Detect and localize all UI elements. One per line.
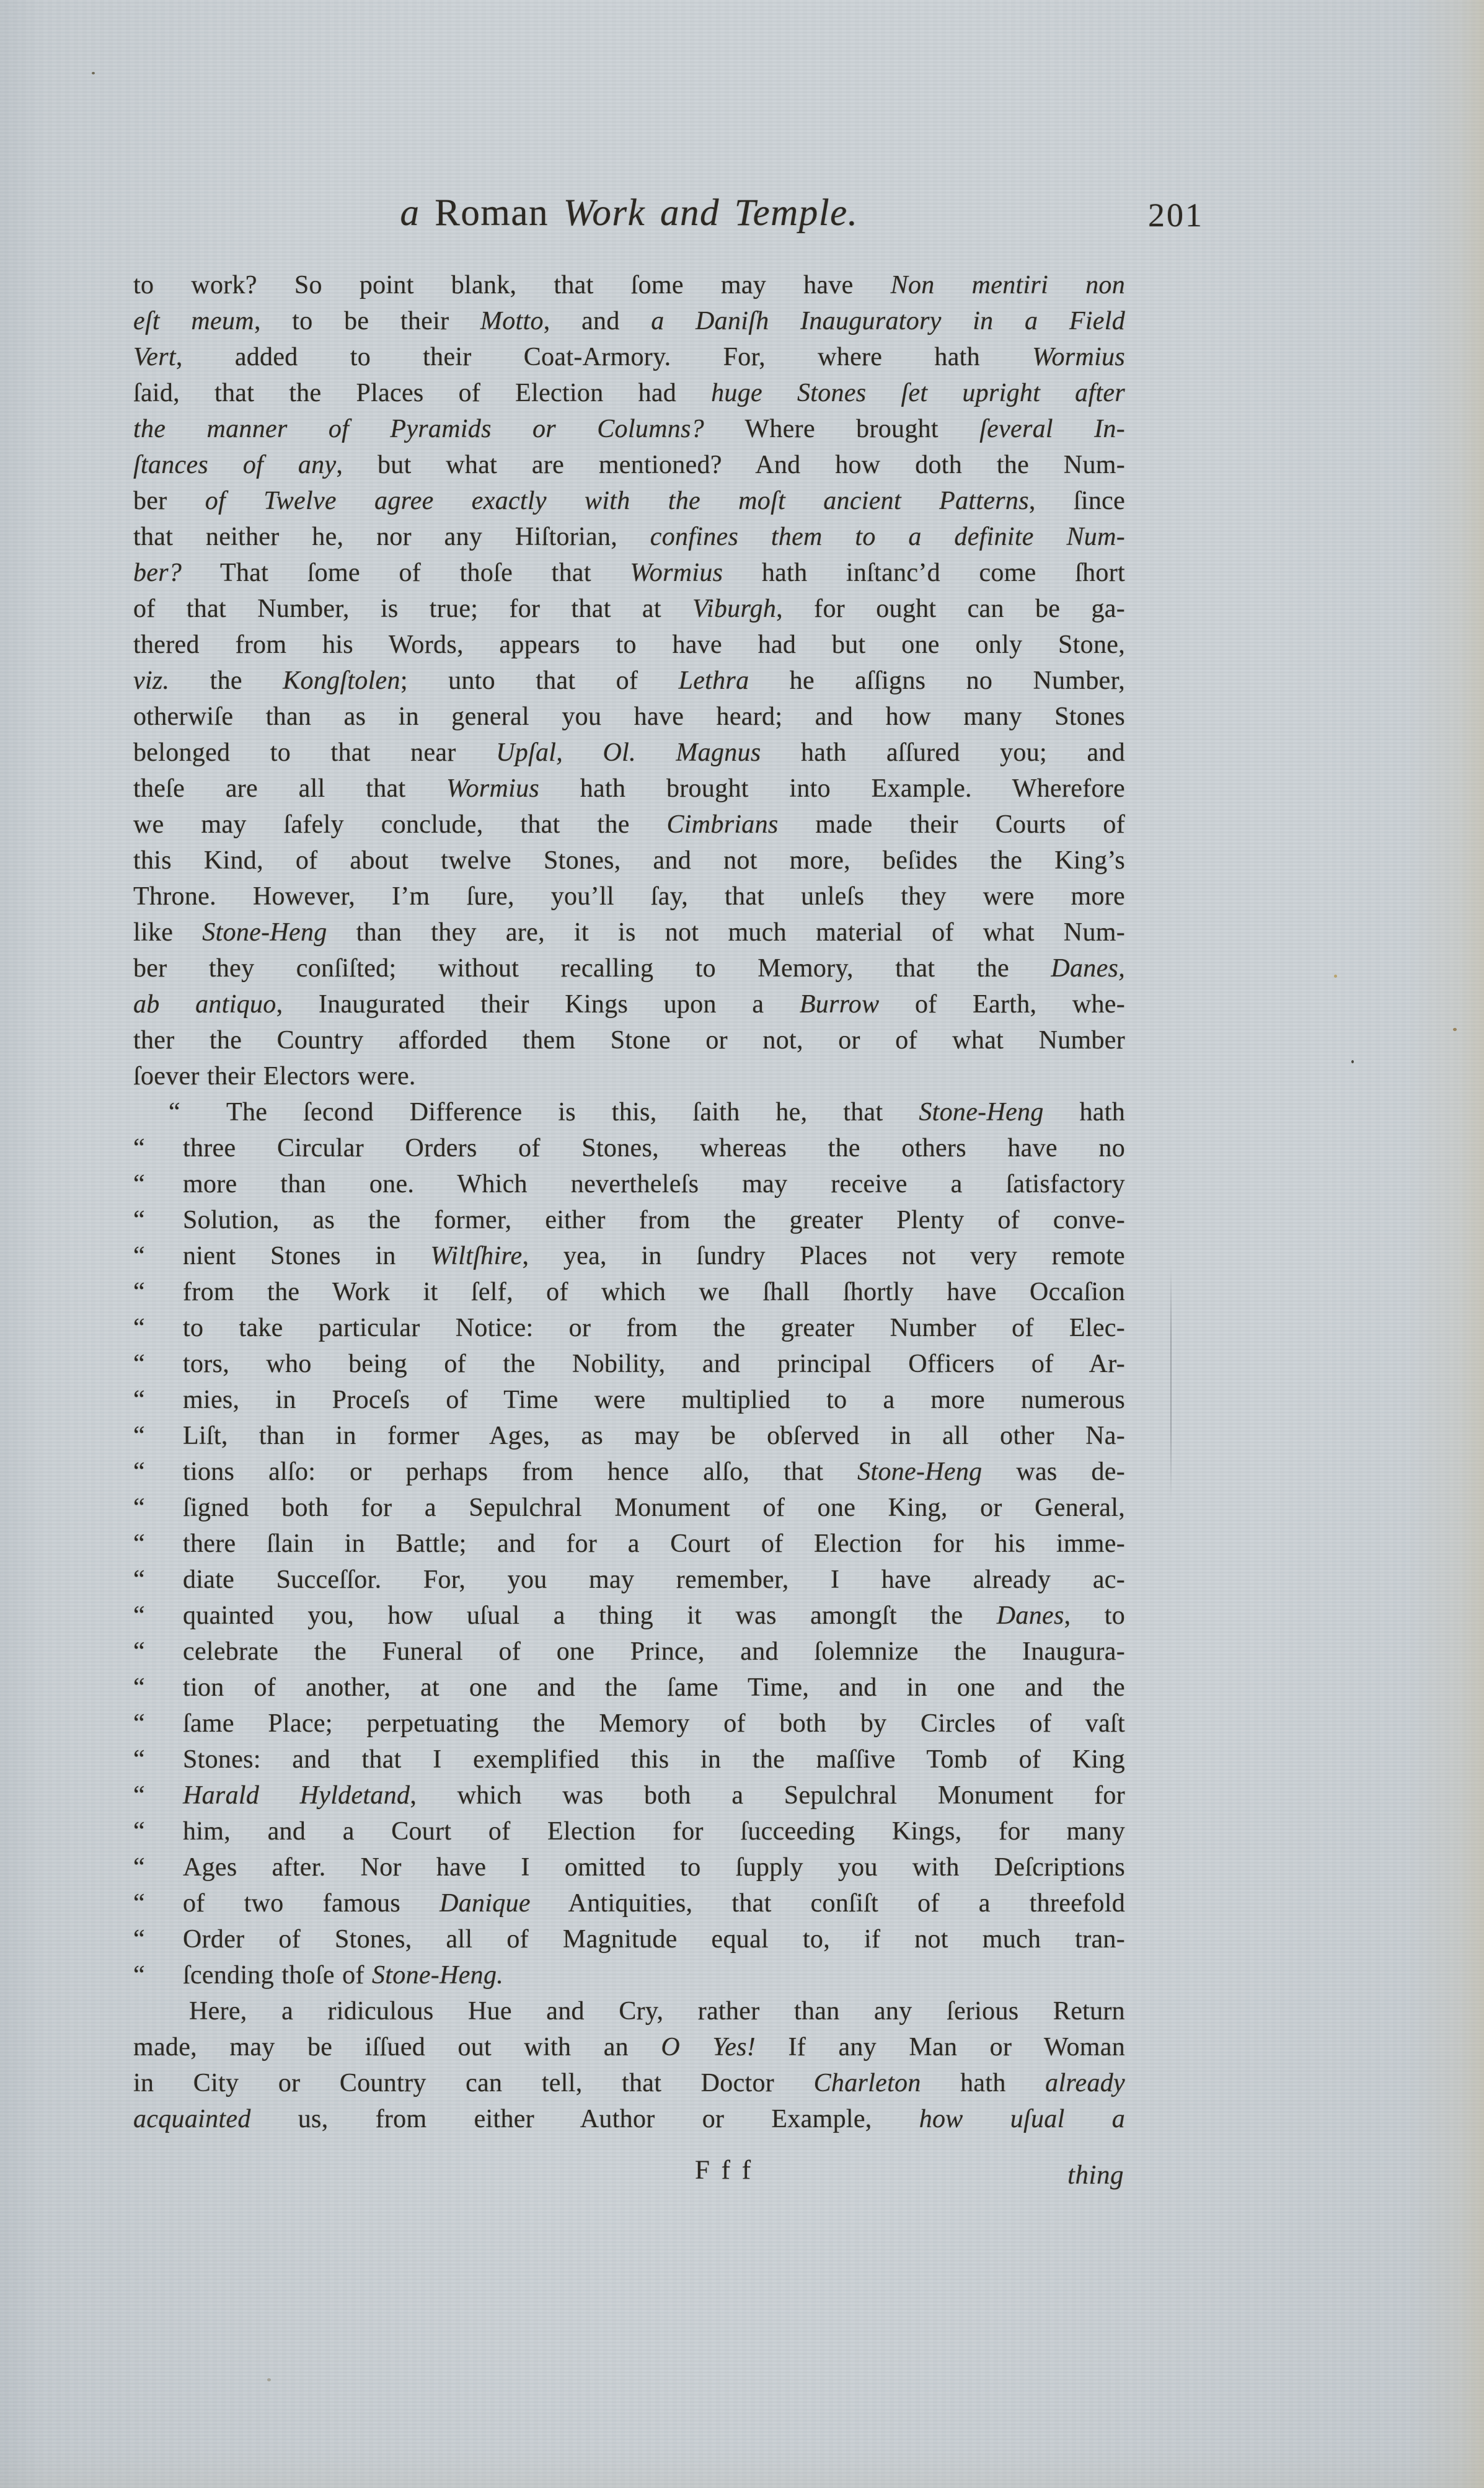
paper-speck xyxy=(1453,1028,1457,1031)
quote-mark: “ xyxy=(133,1562,145,1598)
text-line: Throne. However, I’m ſure, you’ll ſay, t… xyxy=(133,879,1125,914)
text-line: thered from his Words, appears to have h… xyxy=(133,627,1125,663)
text-line: “tions alſo: or perhaps from hence alſo,… xyxy=(133,1454,1125,1490)
paper-speck xyxy=(1334,975,1337,978)
running-title: a Roman Work and Temple. xyxy=(133,184,1125,243)
text-line: ber they conſiſted; without recalling to… xyxy=(133,950,1125,986)
roman-text: hath brought into Example. Wherefore xyxy=(539,774,1125,803)
italic-text: Stone-Heng. xyxy=(372,1961,503,1990)
italic-text: Danes xyxy=(997,1601,1064,1630)
quote-mark: “ xyxy=(133,1418,145,1454)
roman-text: tors, who being of the Nobility, and pri… xyxy=(183,1350,1125,1378)
italic-text: Vert xyxy=(133,343,176,371)
roman-text: diate Succeſſor. For, you may remember, … xyxy=(183,1565,1125,1594)
roman-text: thered from his Words, appears to have h… xyxy=(133,631,1125,659)
text-line: “ſame Place; perpetuating the Memory of … xyxy=(133,1706,1125,1742)
text-line: “quainted you, how uſual a thing it was … xyxy=(133,1598,1125,1634)
italic-text: Non mentiri non xyxy=(891,271,1125,299)
roman-text: Where brought xyxy=(704,415,979,443)
roman-text: theſe are all that xyxy=(133,774,446,803)
text-line: “Ages after. Nor have I omitted to ſuppl… xyxy=(133,1849,1125,1885)
roman-text: The ſecond Difference is this, ſaith he,… xyxy=(226,1098,919,1127)
roman-text: ; unto that of xyxy=(400,666,679,695)
roman-text: of that Number, is true; for that at xyxy=(133,595,692,623)
roman-text: more than one. Which nevertheleſs may re… xyxy=(183,1170,1125,1198)
italic-text: how uſual a xyxy=(919,2105,1125,2133)
roman-text: Antiquities, that conſiſt of a threefold xyxy=(531,1889,1125,1918)
italic-text: Danes, xyxy=(1051,954,1125,983)
italic-text: Work and Temple. xyxy=(563,192,859,234)
roman-text: , to xyxy=(1064,1601,1125,1630)
quote-mark: “ xyxy=(133,1166,145,1202)
paper-speck xyxy=(1351,1060,1354,1063)
roman-text: quainted you, how uſual a thing it was a… xyxy=(183,1601,997,1630)
text-line: “Order of Stones, all of Magnitude equal… xyxy=(133,1921,1125,1957)
quote-mark: “ xyxy=(133,1670,145,1706)
text-line: “tion of another, at one and the ſame Ti… xyxy=(133,1670,1125,1706)
roman-text: was de- xyxy=(982,1458,1125,1486)
roman-text: , and xyxy=(544,307,651,335)
roman-text: to take particular Notice: or from the g… xyxy=(183,1314,1125,1342)
text-line: “more than one. Which nevertheleſs may r… xyxy=(133,1166,1125,1202)
italic-text: Lethra xyxy=(679,666,749,695)
roman-text: , Inaugurated their Kings upon a xyxy=(276,990,800,1019)
italic-text: acquainted xyxy=(133,2105,251,2133)
italic-text: eſt meum xyxy=(133,307,254,335)
text-line: in City or Country can tell, that Doctor… xyxy=(133,2065,1125,2101)
italic-text: Upſal, Ol. Magnus xyxy=(496,738,761,767)
roman-text: Roman xyxy=(435,192,563,234)
quote-mark: “ xyxy=(169,1094,180,1130)
text-line: acquainted us, from either Author or Exa… xyxy=(133,2101,1125,2137)
roman-text: he aſſigns no Number, xyxy=(749,666,1125,695)
italic-text: Motto xyxy=(480,307,544,335)
roman-text: ſcending thoſe of xyxy=(183,1961,372,1990)
text-line: “three Circular Orders of Stones, wherea… xyxy=(133,1130,1125,1166)
italic-text: the manner of Pyramids or Columns? xyxy=(133,415,704,443)
text-line: “Solution, as the former, either from th… xyxy=(133,1202,1125,1238)
italic-text: ſeveral In- xyxy=(979,415,1125,443)
italic-text: a Daniſh Inauguratory in a Field xyxy=(651,307,1125,335)
roman-text: ſigned both for a Sepulchral Monument of… xyxy=(183,1494,1125,1522)
paper-speck xyxy=(92,72,95,74)
roman-text: Liſt, than in former Ages, as may be obſ… xyxy=(183,1422,1125,1450)
text-line: ber of Twelve agree exactly with the moſ… xyxy=(133,483,1125,519)
text-line: eſt meum, to be their Motto, and a Daniſ… xyxy=(133,303,1125,339)
roman-text: ber they conſiſted; without recalling to… xyxy=(133,954,1051,983)
roman-text: three Circular Orders of Stones, whereas… xyxy=(183,1134,1125,1162)
text-line: this Kind, of about twelve Stones, and n… xyxy=(133,843,1125,879)
roman-text: to work? So point blank, that ſome may h… xyxy=(133,271,891,299)
text-line: of that Number, is true; for that at Vib… xyxy=(133,591,1125,627)
italic-text: Kongſtolen xyxy=(283,666,400,695)
roman-text: That ſome of thoſe that xyxy=(182,559,630,587)
italic-text: ber? xyxy=(133,559,182,587)
quote-mark: “ xyxy=(133,1238,145,1274)
italic-text: Charleton xyxy=(814,2069,921,2097)
quote-mark: “ xyxy=(133,1274,145,1310)
text-line: “there ſlain in Battle; and for a Court … xyxy=(133,1526,1125,1562)
text-line: “ſigned both for a Sepulchral Monument o… xyxy=(133,1490,1125,1526)
text-line: otherwiſe than as in general you have he… xyxy=(133,699,1125,735)
roman-text: ſaid, that the Places of Election had xyxy=(133,379,711,407)
roman-text: Solution, as the former, either from the… xyxy=(183,1206,1125,1234)
roman-text: the xyxy=(169,666,283,695)
text-line: “to take particular Notice: or from the … xyxy=(133,1310,1125,1346)
quote-mark: “ xyxy=(133,1921,145,1957)
italic-text: Danique xyxy=(439,1889,531,1918)
text-line: “of two famous Danique Antiquities, that… xyxy=(133,1885,1125,1921)
roman-text: of Earth, whe- xyxy=(879,990,1125,1019)
roman-text: hath xyxy=(1044,1098,1125,1127)
italic-text: already xyxy=(1045,2069,1125,2097)
text-line: “diate Succeſſor. For, you may remember,… xyxy=(133,1562,1125,1598)
roman-text: , ſince xyxy=(1029,487,1125,515)
italic-text: confines them to a definite Num- xyxy=(650,523,1125,551)
text-line: we may ſafely conclude, that the Cimbria… xyxy=(133,807,1125,843)
text-line: Vert, added to their Coat-Armory. For, w… xyxy=(133,339,1125,375)
text-line: “Liſt, than in former Ages, as may be ob… xyxy=(133,1418,1125,1454)
quote-mark: “ xyxy=(133,1130,145,1166)
paper-scratch xyxy=(1170,1265,1172,1500)
italic-text: Viburgh xyxy=(692,595,776,623)
text-line: ber? That ſome of thoſe that Wormius hat… xyxy=(133,555,1125,591)
text-line: “nient Stones in Wiltſhire, yea, in ſund… xyxy=(133,1238,1125,1274)
text-line: “celebrate the Funeral of one Prince, an… xyxy=(133,1634,1125,1670)
italic-text: ſtances of any xyxy=(133,451,336,479)
text-line: Here, a ridiculous Hue and Cry, rather t… xyxy=(133,1993,1125,2029)
roman-text: made their Courts of xyxy=(779,810,1125,839)
italic-text: Cimbrians xyxy=(666,810,778,839)
quote-mark: “ xyxy=(133,1813,145,1849)
text-line: belonged to that near Upſal, Ol. Magnus … xyxy=(133,735,1125,771)
quote-mark: “ xyxy=(133,1202,145,1238)
text-line: like Stone-Heng than they are, it is not… xyxy=(133,914,1125,950)
quote-mark: “ xyxy=(133,1382,145,1418)
roman-text: tions alſo: or perhaps from hence alſo, … xyxy=(183,1458,857,1486)
text-line: viz. the Kongſtolen; unto that of Lethra… xyxy=(133,663,1125,699)
quote-mark: “ xyxy=(133,1454,145,1490)
roman-text: , for ought can be ga- xyxy=(776,595,1125,623)
footer-line: F f f thing xyxy=(133,2153,1125,2196)
italic-text: Harald Hyldetand xyxy=(183,1781,410,1810)
catchword: thing xyxy=(1067,2158,1124,2194)
italic-text: viz. xyxy=(133,666,169,695)
quote-mark: “ xyxy=(133,1346,145,1382)
text-line: “ſcending thoſe of Stone-Heng. xyxy=(133,1957,1125,1993)
quote-mark: “ xyxy=(133,1777,145,1813)
text-line: theſe are all that Wormius hath brought … xyxy=(133,771,1125,807)
roman-text: Stones: and that I exemplified this in t… xyxy=(183,1745,1125,1774)
text-line: made, may be iſſued out with an O Yes! I… xyxy=(133,2029,1125,2065)
text-line: ſoever their Electors were. xyxy=(133,1058,1125,1094)
italic-text: Burrow xyxy=(800,990,880,1019)
roman-text: otherwiſe than as in general you have he… xyxy=(133,702,1125,731)
italic-text: Wormius xyxy=(446,774,539,803)
roman-text: hath xyxy=(921,2069,1046,2097)
text-line: ther the Country afforded them Stone or … xyxy=(133,1022,1125,1058)
quote-mark: “ xyxy=(133,1598,145,1634)
roman-text: we may ſafely conclude, that the xyxy=(133,810,666,839)
roman-text: hath inſtanc’d come ſhort xyxy=(723,559,1125,587)
quote-mark: “ xyxy=(133,1742,145,1777)
italic-text: O Yes! xyxy=(661,2033,756,2061)
quote-mark: “ xyxy=(133,1849,145,1885)
text-line: the manner of Pyramids or Columns? Where… xyxy=(133,411,1125,447)
roman-text: Throne. However, I’m ſure, you’ll ſay, t… xyxy=(133,882,1125,911)
text-line: to work? So point blank, that ſome may h… xyxy=(133,267,1125,303)
roman-text: us, from either Author or Example, xyxy=(251,2105,919,2133)
italic-text: Wormius xyxy=(630,559,723,587)
text-block: to work? So point blank, that ſome may h… xyxy=(133,267,1125,2137)
roman-text: hath aſſured you; and xyxy=(761,738,1125,767)
roman-text: belonged to that near xyxy=(133,738,496,767)
quote-mark: “ xyxy=(133,1957,145,1993)
text-line: that neither he, nor any Hiſtorian, conf… xyxy=(133,519,1125,555)
text-line: ab antiquo, Inaugurated their Kings upon… xyxy=(133,986,1125,1022)
paper-speck xyxy=(267,2378,271,2381)
roman-text: , which was both a Sepulchral Monument f… xyxy=(410,1781,1125,1810)
roman-text: there ſlain in Battle; and for a Court o… xyxy=(183,1530,1125,1558)
quote-mark: “ xyxy=(133,1634,145,1670)
roman-text: tion of another, at one and the ſame Tim… xyxy=(183,1673,1125,1702)
italic-text: a xyxy=(400,192,435,234)
italic-text: Wormius xyxy=(1032,343,1125,371)
page-number: 201 xyxy=(1148,190,1247,241)
roman-text: ther the Country afforded them Stone or … xyxy=(133,1026,1125,1055)
roman-text: of two famous xyxy=(183,1889,439,1918)
roman-text: , yea, in ſundry Places not very remote xyxy=(522,1242,1125,1270)
signature-mark: F f f xyxy=(695,2153,753,2189)
italic-text: ab antiquo xyxy=(133,990,276,1019)
italic-text: Stone-Heng xyxy=(202,918,327,947)
roman-text: ber xyxy=(133,487,205,515)
text-line: “Stones: and that I exemplified this in … xyxy=(133,1742,1125,1777)
roman-text: mies, in Proceſs of Time were multiplied… xyxy=(183,1386,1125,1414)
quote-mark: “ xyxy=(133,1885,145,1921)
roman-text: ſoever their Electors were. xyxy=(133,1062,416,1091)
scanned-book-page: a Roman Work and Temple. 201 to work? So… xyxy=(0,0,1484,2488)
roman-text: nient Stones in xyxy=(183,1242,430,1270)
italic-text: Stone-Heng xyxy=(857,1458,982,1486)
quote-mark: “ xyxy=(133,1526,145,1562)
roman-text: ſame Place; perpetuating the Memory of b… xyxy=(183,1709,1125,1738)
roman-text: in City or Country can tell, that Doctor xyxy=(133,2069,814,2097)
text-line: “The ſecond Difference is this, ſaith he… xyxy=(133,1094,1125,1130)
roman-text: Ages after. Nor have I omitted to ſupply… xyxy=(183,1853,1125,1882)
roman-text: , to be their xyxy=(254,307,480,335)
roman-text: , added to their Coat-Armory. For, where… xyxy=(176,343,1032,371)
roman-text: , but what are mentioned? And how doth t… xyxy=(336,451,1125,479)
roman-text: this Kind, of about twelve Stones, and n… xyxy=(133,846,1125,875)
quote-mark: “ xyxy=(133,1490,145,1526)
italic-text: huge Stones ſet upright after xyxy=(711,379,1125,407)
roman-text: like xyxy=(133,918,202,947)
roman-text: from the Work it ſelf, of which we ſhall… xyxy=(183,1278,1125,1306)
text-line: ſtances of any, but what are mentioned? … xyxy=(133,447,1125,483)
italic-text: Wiltſhire xyxy=(430,1242,522,1270)
roman-text: made, may be iſſued out with an xyxy=(133,2033,661,2061)
text-line: “tors, who being of the Nobility, and pr… xyxy=(133,1346,1125,1382)
roman-text: him, and a Court of Election for ſucceed… xyxy=(183,1817,1125,1846)
roman-text: Order of Stones, all of Magnitude equal … xyxy=(183,1925,1125,1954)
italic-text: Stone-Heng xyxy=(919,1098,1043,1127)
italic-text: of Twelve agree exactly with the moſt an… xyxy=(205,487,1029,515)
roman-text: than they are, it is not much material o… xyxy=(327,918,1125,947)
text-line: ſaid, that the Places of Election had hu… xyxy=(133,375,1125,411)
text-line: “him, and a Court of Election for ſuccee… xyxy=(133,1813,1125,1849)
roman-text: celebrate the Funeral of one Prince, and… xyxy=(183,1637,1125,1666)
roman-text: that neither he, nor any Hiſtorian, xyxy=(133,523,650,551)
text-line: “from the Work it ſelf, of which we ſhal… xyxy=(133,1274,1125,1310)
quote-mark: “ xyxy=(133,1706,145,1742)
quote-mark: “ xyxy=(133,1310,145,1346)
roman-text: If any Man or Woman xyxy=(756,2033,1125,2061)
roman-text: Here, a ridiculous Hue and Cry, rather t… xyxy=(189,1997,1125,2025)
text-line: “mies, in Proceſs of Time were multiplie… xyxy=(133,1382,1125,1418)
text-line: “Harald Hyldetand, which was both a Sepu… xyxy=(133,1777,1125,1813)
